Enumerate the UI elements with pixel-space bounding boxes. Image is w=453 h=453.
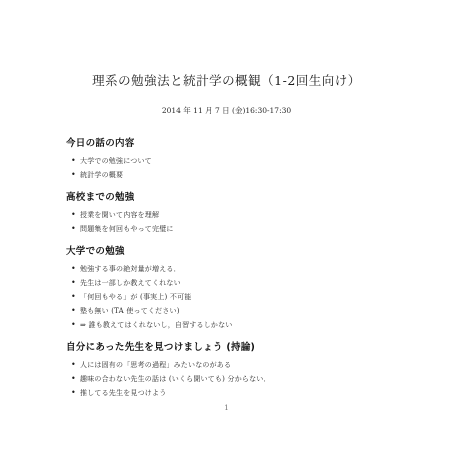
bullet-list: 勉強する事の絶対量が増える． 先生は一部しか教えてくれない 「何回もやる」が (… (66, 262, 395, 332)
section-highschool-study: 高校までの勉強 授業を聞いて内容を理解 問題集を何回もやって完璧に (66, 191, 395, 236)
bullet-list: 授業を聞いて内容を理解 問題集を何回もやって完璧に (66, 208, 395, 236)
bullet-item: 勉強する事の絶対量が増える． (80, 262, 395, 276)
doc-date: 2014 年 11 月 7 日 (金)16:30-17:30 (0, 106, 453, 116)
bullet-item: 問題集を何回もやって完璧に (80, 222, 395, 236)
section-heading: 今日の話の内容 (66, 137, 395, 150)
section-university-study: 大学での勉強 勉強する事の絶対量が増える． 先生は一部しか教えてくれない 「何回… (66, 245, 395, 332)
bullet-item: 推してる先生を見つけよう (80, 386, 395, 400)
section-heading: 自分にあった先生を見つけましょう (持論) (66, 341, 395, 354)
bullet-item: 人には固有の「思考の過程」みたいなのがある (80, 358, 395, 372)
bullet-item: 趣味の合わない先生の話は (いくら聞いても) 分からない． (80, 372, 395, 386)
section-todays-topics: 今日の話の内容 大学での勉強について 統計学の概要 (66, 137, 395, 182)
bullet-list: 大学での勉強について 統計学の概要 (66, 154, 395, 182)
page-number: 1 (0, 404, 453, 412)
bullet-item: 大学での勉強について (80, 154, 395, 168)
bullet-item: ⇒ 誰も教えてはくれないし，自習するしかない (80, 318, 395, 332)
document-page: 理系の勉強法と統計学の概観（1-2回生向け） 2014 年 11 月 7 日 (… (0, 0, 453, 453)
bullet-list: 人には固有の「思考の過程」みたいなのがある 趣味の合わない先生の話は (いくら聞… (66, 358, 395, 400)
bullet-item: 授業を聞いて内容を理解 (80, 208, 395, 222)
section-heading: 高校までの勉強 (66, 191, 395, 204)
bullet-item: 先生は一部しか教えてくれない (80, 276, 395, 290)
bullet-item: 統計学の概要 (80, 168, 395, 182)
doc-body: 今日の話の内容 大学での勉強について 統計学の概要 高校までの勉強 授業を聞いて… (66, 137, 395, 400)
bullet-item: 塾も無い (TA 使ってください) (80, 304, 395, 318)
section-find-your-teacher: 自分にあった先生を見つけましょう (持論) 人には固有の「思考の過程」みたいなの… (66, 341, 395, 400)
bullet-item: 「何回もやる」が (事実上) 不可能 (80, 290, 395, 304)
section-heading: 大学での勉強 (66, 245, 395, 258)
doc-title: 理系の勉強法と統計学の概観（1-2回生向け） (0, 0, 453, 89)
